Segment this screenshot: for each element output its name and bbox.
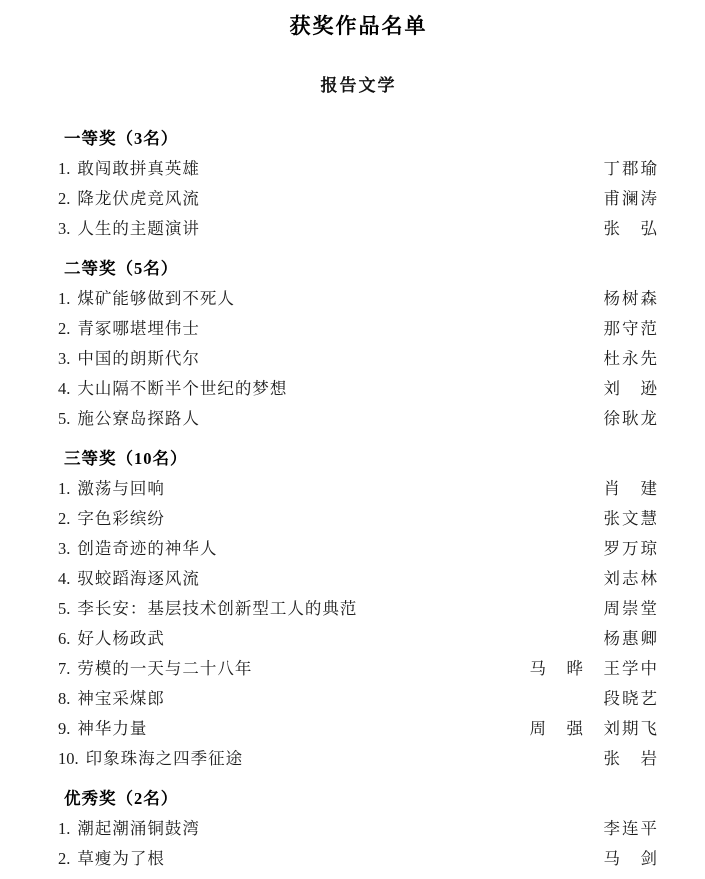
- award-item: 2. 青冢哪堪埋伟士 那守范: [58, 314, 659, 344]
- award-item: 10. 印象珠海之四季征途 张 岩: [58, 744, 659, 774]
- work-title: 激荡与回响: [77, 474, 165, 504]
- item-number: 10.: [58, 744, 79, 774]
- section-heading: 优秀奖（2名）: [64, 784, 659, 814]
- item-number: 9.: [58, 714, 70, 744]
- section-third-prize: 三等奖（10名） 1. 激荡与回响 肖 建 2. 字色彩缤纷 张文慧 3. 创造…: [58, 444, 659, 774]
- document-page: 获奖作品名单 报告文学 一等奖（3名） 1. 敢闯敢拼真英雄 丁郡瑜 2. 降龙…: [0, 0, 705, 874]
- award-item: 2. 降龙伏虎竞风流 甫澜涛: [58, 184, 659, 214]
- author-names: 马 晔 王学中: [530, 654, 660, 684]
- author-names: 杜永先: [604, 344, 660, 374]
- author-names: 丁郡瑜: [604, 154, 660, 184]
- work-title: 神宝采煤郎: [77, 684, 165, 714]
- work-title: 中国的朗斯代尔: [77, 344, 200, 374]
- author-names: 周崇堂: [604, 594, 660, 624]
- item-number: 2.: [58, 314, 70, 344]
- author-names: 李连平: [604, 814, 660, 844]
- work-title: 李长安：基层技术创新型工人的典范: [77, 594, 357, 624]
- item-number: 1.: [58, 474, 70, 504]
- work-title: 创造奇迹的神华人: [77, 534, 217, 564]
- work-title: 驭蛟蹈海逐风流: [77, 564, 200, 594]
- author-names: 马 剑: [604, 844, 660, 874]
- author-names: 肖 建: [604, 474, 660, 504]
- item-number: 1.: [58, 154, 70, 184]
- author-names: 徐耿龙: [604, 404, 660, 434]
- award-item: 3. 中国的朗斯代尔 杜永先: [58, 344, 659, 374]
- award-item: 2. 字色彩缤纷 张文慧: [58, 504, 659, 534]
- item-number: 2.: [58, 844, 70, 874]
- section-second-prize: 二等奖（5名） 1. 煤矿能够做到不死人 杨树森 2. 青冢哪堪埋伟士 那守范 …: [58, 254, 659, 434]
- award-item: 4. 大山隔不断半个世纪的梦想 刘 逊: [58, 374, 659, 404]
- section-heading: 二等奖（5名）: [64, 254, 659, 284]
- work-title: 敢闯敢拼真英雄: [77, 154, 200, 184]
- item-number: 1.: [58, 814, 70, 844]
- work-title: 潮起潮涌铜鼓湾: [77, 814, 200, 844]
- award-item: 1. 激荡与回响 肖 建: [58, 474, 659, 504]
- item-number: 5.: [58, 594, 70, 624]
- award-item: 3. 创造奇迹的神华人 罗万琼: [58, 534, 659, 564]
- item-number: 7.: [58, 654, 70, 684]
- award-item: 1. 潮起潮涌铜鼓湾 李连平: [58, 814, 659, 844]
- section-excellence-award: 优秀奖（2名） 1. 潮起潮涌铜鼓湾 李连平 2. 草瘦为了根 马 剑: [58, 784, 659, 874]
- award-item: 1. 敢闯敢拼真英雄 丁郡瑜: [58, 154, 659, 184]
- author-names: 那守范: [604, 314, 660, 344]
- work-title: 神华力量: [77, 714, 147, 744]
- section-first-prize: 一等奖（3名） 1. 敢闯敢拼真英雄 丁郡瑜 2. 降龙伏虎竞风流 甫澜涛 3.…: [58, 124, 659, 244]
- author-names: 张 岩: [604, 744, 660, 774]
- award-item: 4. 驭蛟蹈海逐风流 刘志林: [58, 564, 659, 594]
- work-title: 大山隔不断半个世纪的梦想: [77, 374, 287, 404]
- item-number: 3.: [58, 534, 70, 564]
- item-number: 2.: [58, 504, 70, 534]
- item-number: 8.: [58, 684, 70, 714]
- award-item: 5. 施公寮岛探路人 徐耿龙: [58, 404, 659, 434]
- work-title: 字色彩缤纷: [77, 504, 165, 534]
- work-title: 人生的主题演讲: [77, 214, 200, 244]
- award-item: 8. 神宝采煤郎 段晓艺: [58, 684, 659, 714]
- work-title: 印象珠海之四季征途: [86, 744, 244, 774]
- award-item: 5. 李长安：基层技术创新型工人的典范 周崇堂: [58, 594, 659, 624]
- author-names: 张 弘: [604, 214, 660, 244]
- page-title: 获奖作品名单: [58, 12, 659, 42]
- item-number: 6.: [58, 624, 70, 654]
- author-names: 张文慧: [604, 504, 660, 534]
- work-title: 青冢哪堪埋伟士: [77, 314, 200, 344]
- item-number: 3.: [58, 344, 70, 374]
- work-title: 好人杨政武: [77, 624, 165, 654]
- award-item: 3. 人生的主题演讲 张 弘: [58, 214, 659, 244]
- item-number: 2.: [58, 184, 70, 214]
- page-subtitle: 报告文学: [58, 74, 659, 98]
- item-number: 4.: [58, 564, 70, 594]
- item-number: 1.: [58, 284, 70, 314]
- work-title: 煤矿能够做到不死人: [77, 284, 235, 314]
- author-names: 刘 逊: [604, 374, 660, 404]
- section-heading: 三等奖（10名）: [64, 444, 659, 474]
- award-item: 9. 神华力量 周 强 刘期飞: [58, 714, 659, 744]
- author-names: 周 强 刘期飞: [530, 714, 660, 744]
- section-heading: 一等奖（3名）: [64, 124, 659, 154]
- award-item: 1. 煤矿能够做到不死人 杨树森: [58, 284, 659, 314]
- work-title: 草瘦为了根: [77, 844, 165, 874]
- work-title: 降龙伏虎竞风流: [77, 184, 200, 214]
- author-names: 罗万琼: [604, 534, 660, 564]
- author-names: 杨惠卿: [604, 624, 660, 654]
- work-title: 施公寮岛探路人: [77, 404, 200, 434]
- award-item: 2. 草瘦为了根 马 剑: [58, 844, 659, 874]
- item-number: 4.: [58, 374, 70, 404]
- award-item: 6. 好人杨政武 杨惠卿: [58, 624, 659, 654]
- item-number: 3.: [58, 214, 70, 244]
- item-number: 5.: [58, 404, 70, 434]
- author-names: 甫澜涛: [604, 184, 660, 214]
- author-names: 刘志林: [604, 564, 660, 594]
- author-names: 段晓艺: [604, 684, 660, 714]
- award-item: 7. 劳模的一天与二十八年 马 晔 王学中: [58, 654, 659, 684]
- work-title: 劳模的一天与二十八年: [77, 654, 252, 684]
- author-names: 杨树森: [604, 284, 660, 314]
